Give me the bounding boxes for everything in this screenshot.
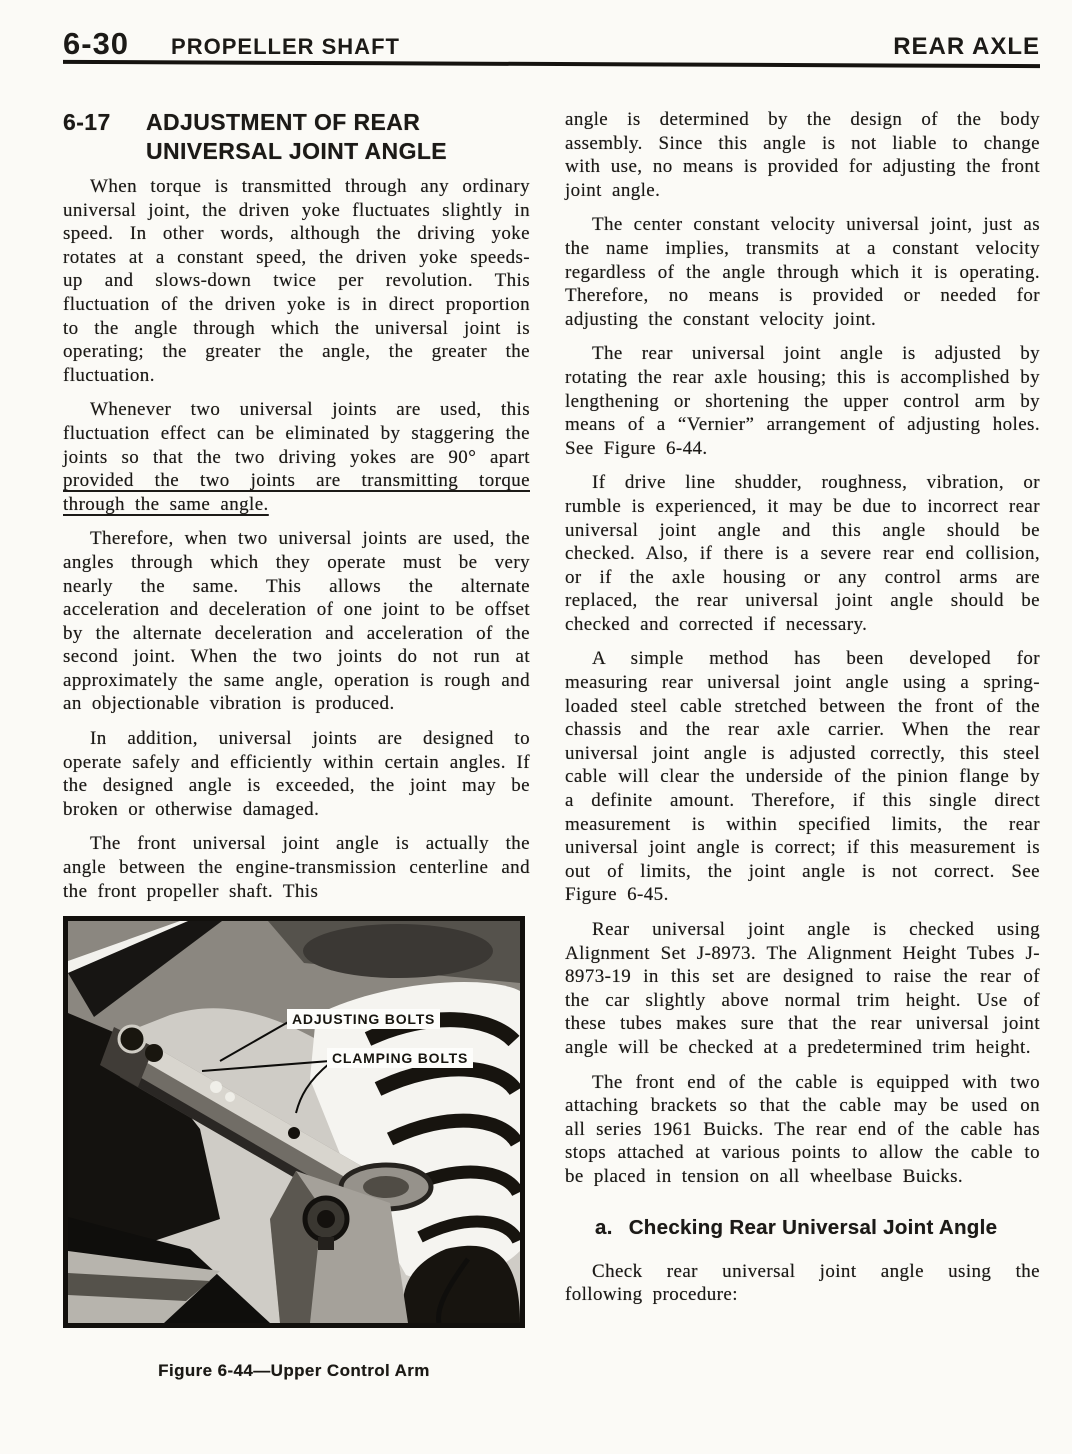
page-content: 6-30 PROPELLER SHAFT REAR AXLE 6-17 ADJU… bbox=[63, 28, 1040, 1381]
figure-6-44: ADJUSTING BOLTS CLAMPING BOLTS Figure 6-… bbox=[63, 916, 525, 1381]
paragraph: Check rear universal joint angle using t… bbox=[565, 1260, 1040, 1307]
paragraph: The center constant velocity universal j… bbox=[565, 213, 1040, 331]
paragraph: The front universal joint angle is actua… bbox=[63, 832, 530, 903]
page-header: 6-30 PROPELLER SHAFT REAR AXLE bbox=[63, 28, 1040, 59]
paragraph: Whenever two universal joints are used, … bbox=[63, 398, 530, 516]
paragraph: Rear universal joint angle is checked us… bbox=[565, 918, 1040, 1060]
right-column: angle is determined by the design of the… bbox=[565, 108, 1040, 1381]
section-heading: 6-17 ADJUSTMENT OF REAR UNIVERSAL JOINT … bbox=[63, 108, 530, 166]
underlined-phrase: provided the two joints are transmitting… bbox=[63, 470, 530, 515]
subsection-heading: a.Checking Rear Universal Joint Angle bbox=[595, 1216, 1040, 1240]
left-column: 6-17 ADJUSTMENT OF REAR UNIVERSAL JOINT … bbox=[63, 108, 530, 1381]
clamping-bolts-label: CLAMPING BOLTS bbox=[327, 1048, 473, 1068]
paragraph-segment: Whenever two universal joints are used, … bbox=[63, 399, 530, 467]
paragraph: The rear universal joint angle is adjust… bbox=[565, 342, 1040, 460]
control-arm-photo-illustration bbox=[68, 921, 520, 1323]
paragraph: The front end of the cable is equipped w… bbox=[565, 1071, 1040, 1189]
adjusting-bolts-label: ADJUSTING BOLTS bbox=[287, 1009, 440, 1029]
paragraph: Therefore, when two universal joints are… bbox=[63, 527, 530, 716]
control-arm-photo: ADJUSTING BOLTS CLAMPING BOLTS bbox=[63, 916, 525, 1328]
section-heading-line2: UNIVERSAL JOINT ANGLE bbox=[146, 137, 447, 166]
manual-page: 6-30 PROPELLER SHAFT REAR AXLE 6-17 ADJU… bbox=[0, 0, 1072, 1454]
section-heading-number: 6-17 bbox=[63, 108, 146, 166]
figure-caption: Figure 6-44—Upper Control Arm bbox=[63, 1361, 525, 1381]
header-rule bbox=[63, 60, 1040, 68]
section-running-title: PROPELLER SHAFT bbox=[171, 35, 400, 59]
column-gap bbox=[530, 108, 565, 1381]
subsection-title: Checking Rear Universal Joint Angle bbox=[629, 1216, 998, 1239]
paragraph: angle is determined by the design of the… bbox=[565, 108, 1040, 202]
paragraph: A simple method has been developed for m… bbox=[565, 647, 1040, 907]
paragraph: If drive line shudder, roughness, vibrat… bbox=[565, 471, 1040, 636]
paragraph: When torque is transmitted through any o… bbox=[63, 175, 530, 387]
section-heading-line1: ADJUSTMENT OF REAR bbox=[146, 108, 447, 137]
two-column-body: 6-17 ADJUSTMENT OF REAR UNIVERSAL JOINT … bbox=[63, 108, 1040, 1381]
section-heading-title: ADJUSTMENT OF REAR UNIVERSAL JOINT ANGLE bbox=[146, 108, 447, 166]
chapter-running-title: REAR AXLE bbox=[893, 34, 1040, 59]
page-number: 6-30 bbox=[63, 28, 129, 59]
header-left: 6-30 PROPELLER SHAFT bbox=[63, 28, 400, 59]
subsection-marker: a. bbox=[595, 1216, 613, 1239]
paragraph: In addition, universal joints are design… bbox=[63, 727, 530, 821]
